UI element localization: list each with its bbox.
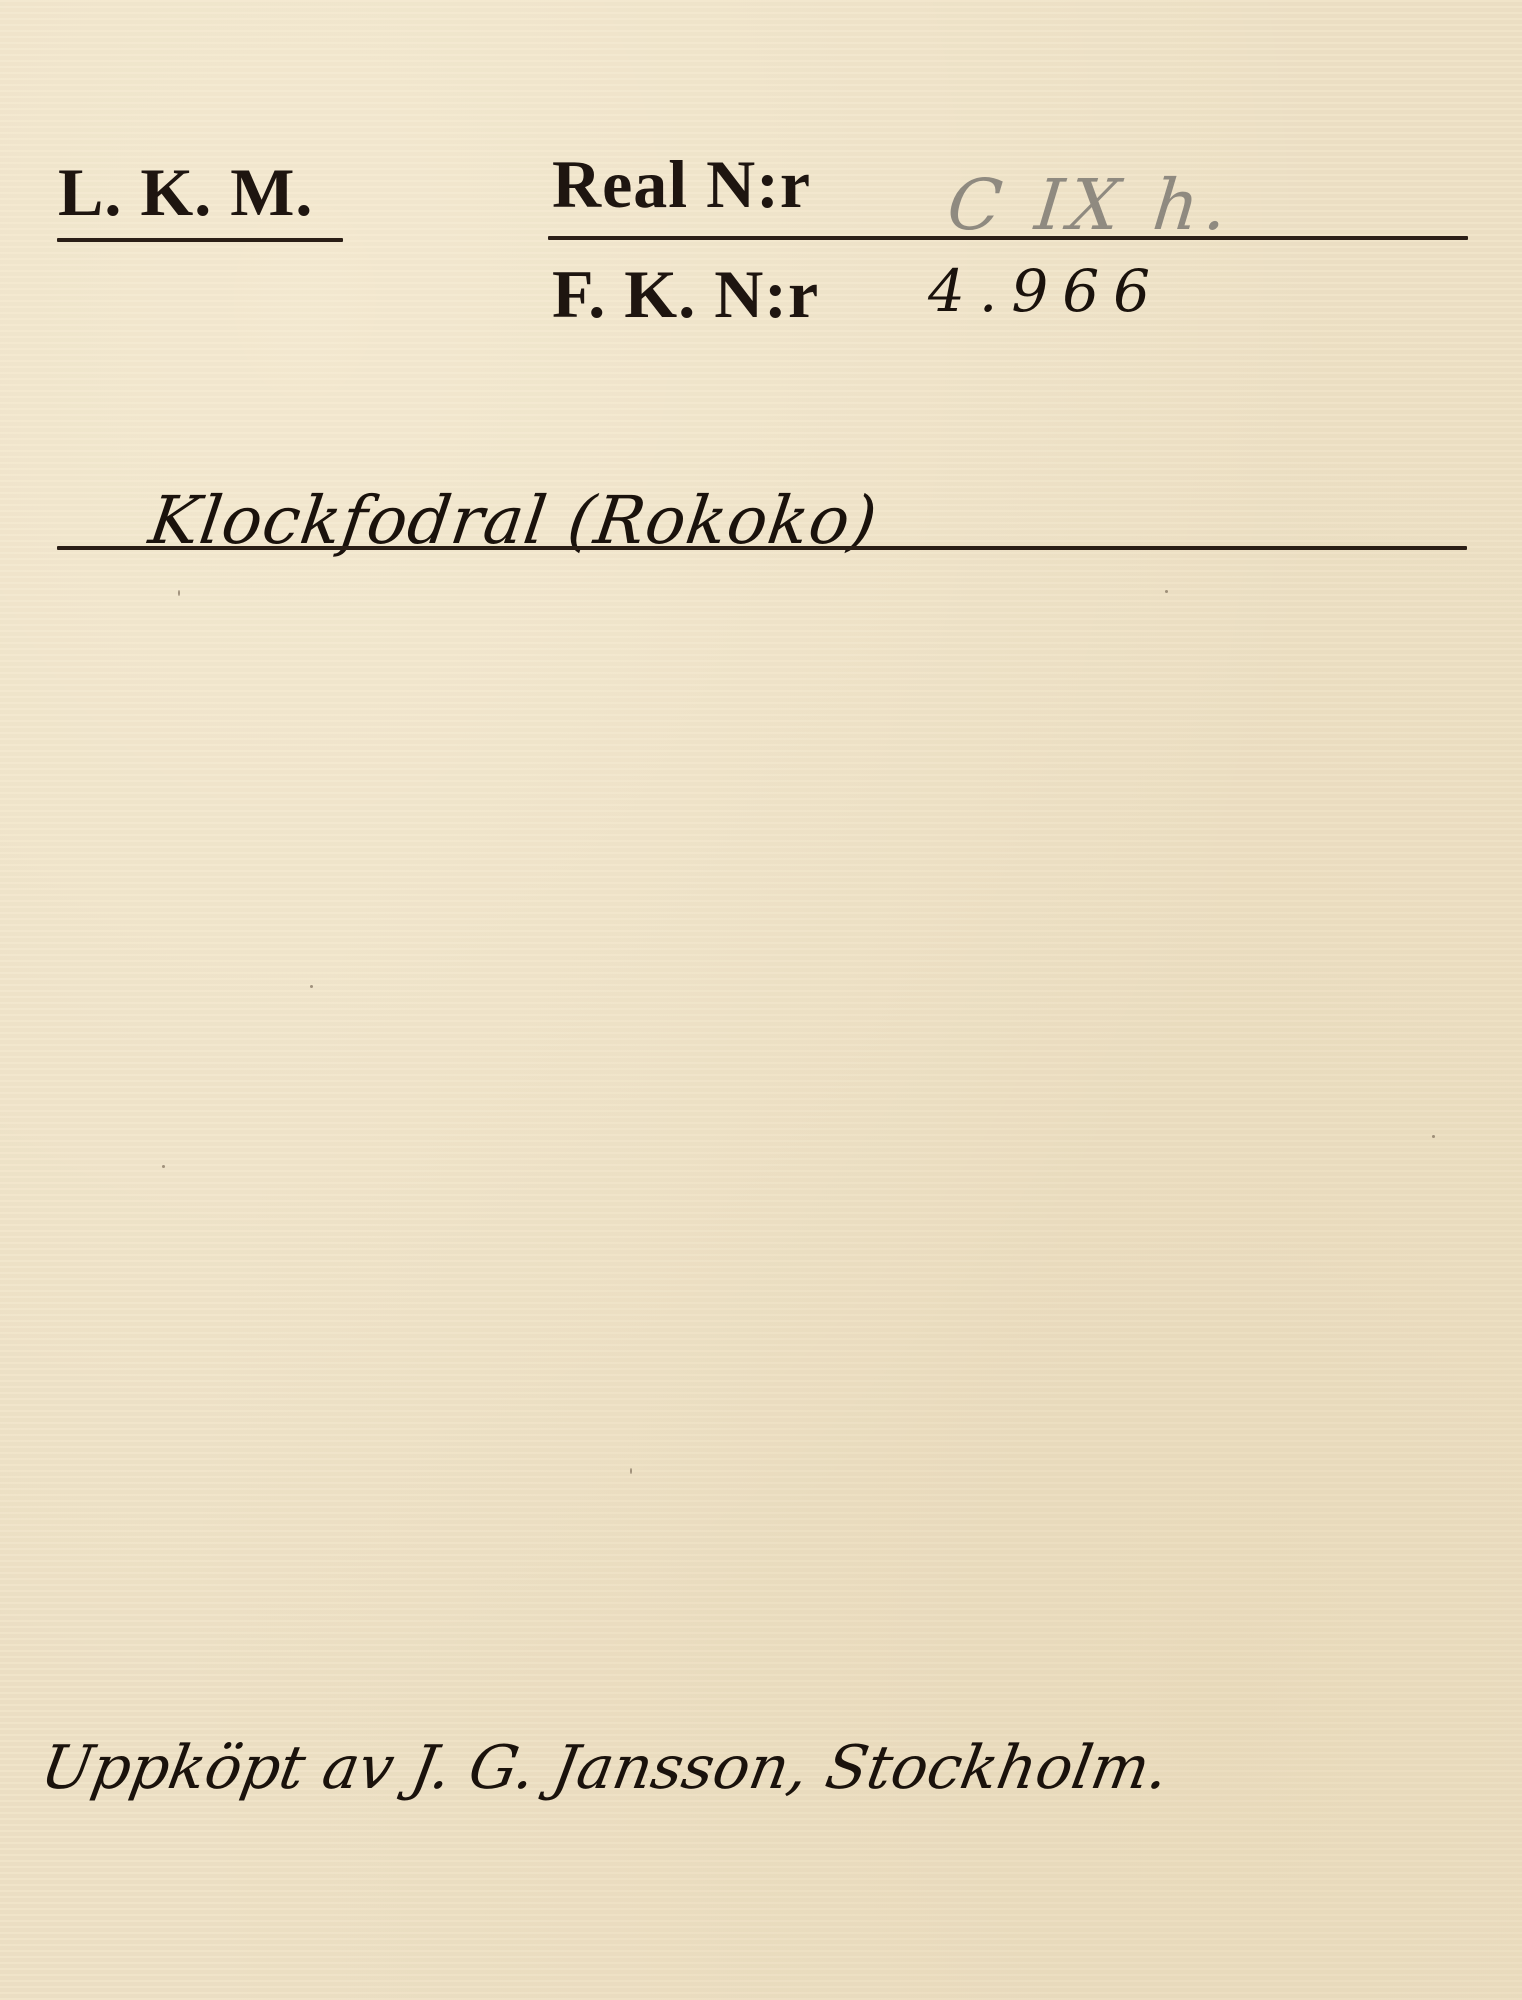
object-title: Klockfodral (Rokoko) [145,488,881,554]
acquisition-note: Uppköpt av J. G. Jansson, Stockholm. [37,1738,1173,1798]
fk-number-value: 4.966 [928,262,1164,320]
paper-speck [162,1165,165,1168]
paper-speck [1165,590,1168,593]
real-number-rule [548,236,1468,240]
real-number-label: Real N:r [552,150,811,218]
paper-speck [178,590,180,596]
institution-label: L. K. M. [58,158,313,226]
fk-number-label: F. K. N:r [552,260,819,328]
paper-speck [310,985,313,988]
real-number-value: C IX h. [944,170,1236,240]
paper-speck [630,1468,632,1474]
object-title-rule [57,546,1467,550]
paper-speck [1432,1135,1435,1138]
institution-underline [57,238,343,242]
catalog-card: L. K. M. Real N:r C IX h. F. K. N:r 4.96… [0,0,1522,2000]
